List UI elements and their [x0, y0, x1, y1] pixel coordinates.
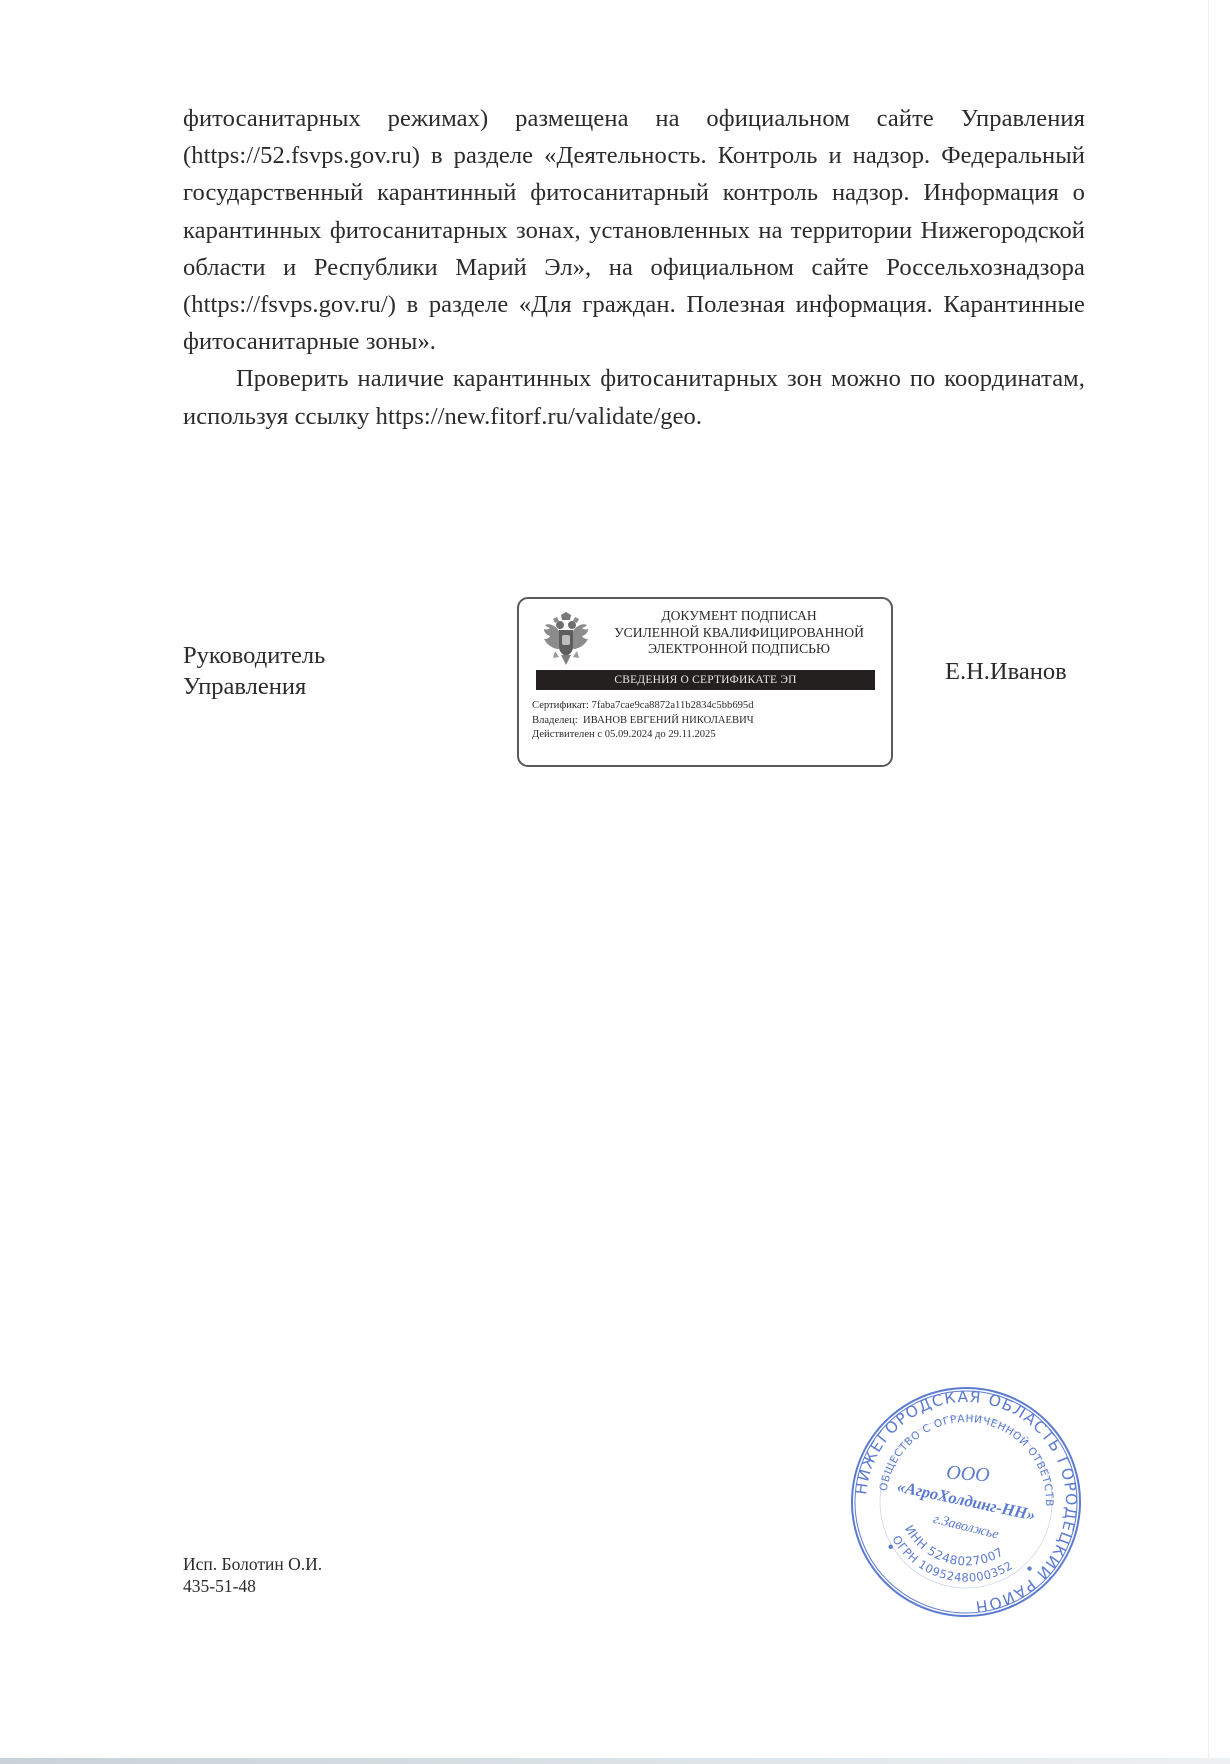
validity-row: Действителен с 05.09.2024 до 29.11.2025: [532, 728, 754, 743]
e-signature-title-line-1: ДОКУМЕНТ ПОДПИСАН: [589, 608, 889, 625]
company-seal: НИЖЕГОРОДСКАЯ ОБЛАСТЬ ГОРОДЕЦКИЙ РАЙОН О…: [840, 1376, 1092, 1628]
e-signature-title: ДОКУМЕНТ ПОДПИСАН УСИЛЕННОЙ КВАЛИФИЦИРОВ…: [589, 608, 889, 658]
owner-row: Владелец: ИВАНОВ ЕВГЕНИЙ НИКОЛАЕВИЧ: [532, 714, 754, 729]
electronic-signature-stamp: ДОКУМЕНТ ПОДПИСАН УСИЛЕННОЙ КВАЛИФИЦИРОВ…: [517, 597, 893, 767]
coat-of-arms-icon: [541, 611, 591, 669]
certificate-info-band: СВЕДЕНИЯ О СЕРТИФИКАТЕ ЭП: [536, 670, 875, 690]
executor-info: Исп. Болотин О.И. 435-51-48: [183, 1553, 322, 1597]
signer-name: Е.Н.Иванов: [945, 656, 1067, 687]
certificate-value: 7faba7cae9ca8872a11b2834c5bb695d: [592, 700, 754, 711]
paragraph-zones-info: фитосанитарных режимах) размещена на офи…: [183, 100, 1085, 360]
executor-phone: 435-51-48: [183, 1575, 322, 1597]
signer-position-line-2: Управления: [183, 671, 325, 702]
seal-center-city: г.Заволжье: [932, 1512, 1001, 1543]
signer-position: Руководитель Управления: [183, 640, 325, 702]
scan-edge-line: [1208, 0, 1209, 1758]
letter-body: фитосанитарных режимах) размещена на офи…: [183, 100, 1085, 435]
e-signature-title-line-2: УСИЛЕННОЙ КВАЛИФИЦИРОВАННОЙ: [589, 625, 889, 642]
certificate-details: Сертификат: 7faba7cae9ca8872a11b2834c5bb…: [532, 699, 754, 743]
certificate-label: Сертификат:: [532, 700, 589, 711]
document-page: фитосанитарных режимах) размещена на офи…: [0, 0, 1230, 1758]
owner-label: Владелец:: [532, 715, 578, 726]
paragraph-check-coordinates: Проверить наличие карантинных фитосанита…: [183, 360, 1085, 434]
executor-name: Исп. Болотин О.И.: [183, 1553, 322, 1575]
seal-center-ooo: ООО: [946, 1462, 991, 1487]
certificate-row: Сертификат: 7faba7cae9ca8872a11b2834c5bb…: [532, 699, 754, 714]
e-signature-title-line-3: ЭЛЕКТРОННОЙ ПОДПИСЬЮ: [589, 641, 889, 658]
scan-bottom-edge: [0, 1758, 1230, 1764]
owner-value: ИВАНОВ ЕВГЕНИЙ НИКОЛАЕВИЧ: [583, 715, 754, 726]
signer-position-line-1: Руководитель: [183, 640, 325, 671]
